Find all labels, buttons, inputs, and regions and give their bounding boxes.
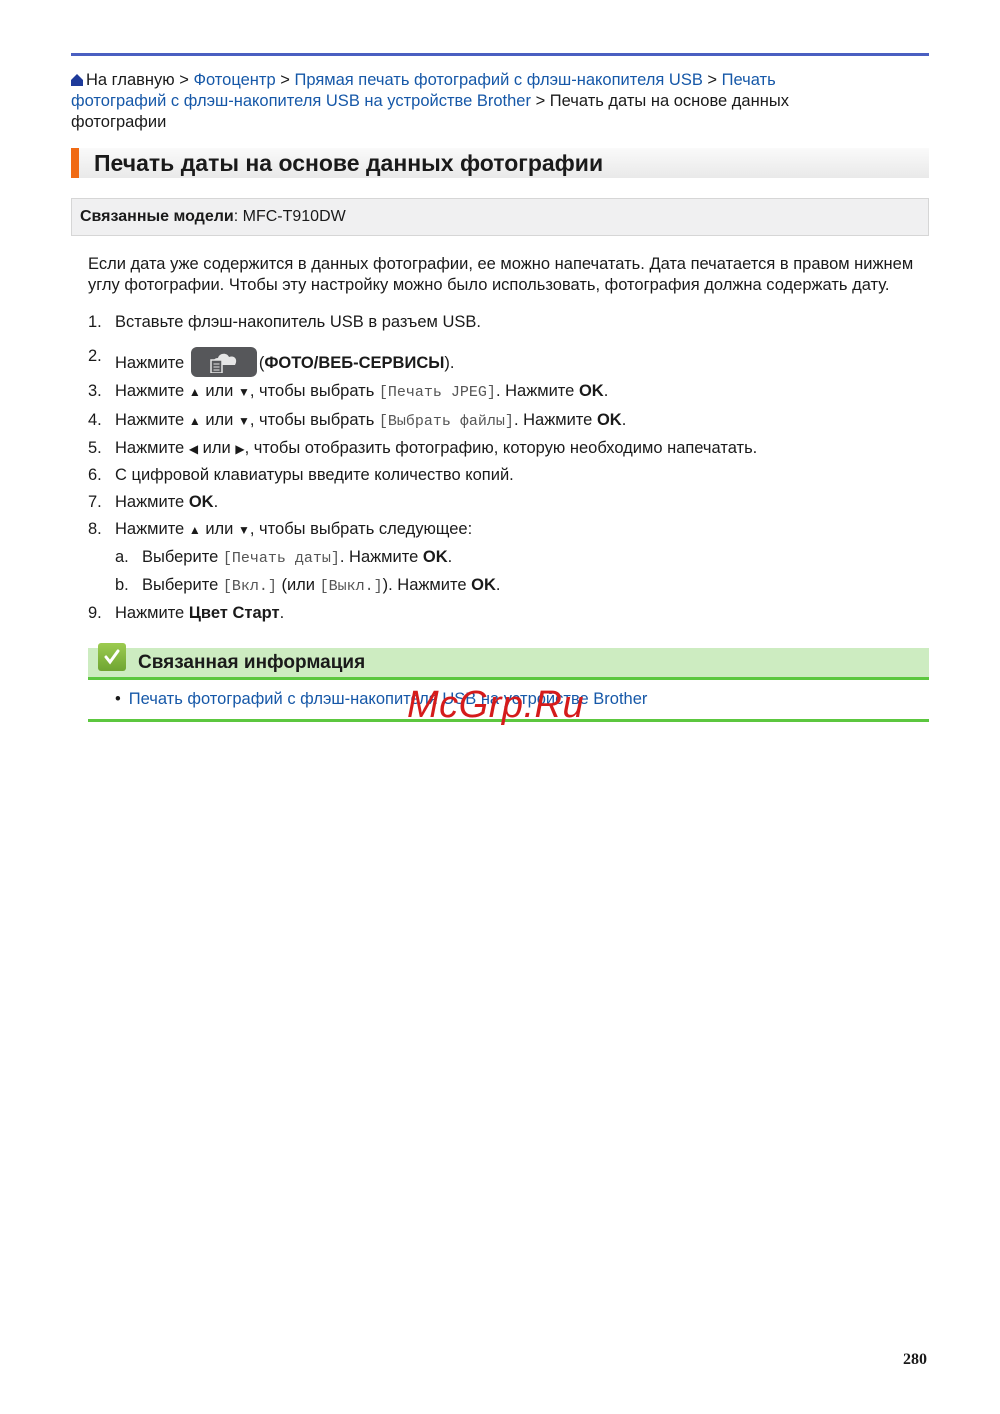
related-info-title: Связанная информация	[138, 651, 365, 675]
breadcrumb: На главную > Фотоцентр > Прямая печать ф…	[71, 70, 871, 133]
right-arrow-icon: ▶	[235, 442, 244, 456]
page-title: Печать даты на основе данных фотографии	[94, 149, 603, 177]
checkmark-icon	[98, 643, 126, 671]
models-value: : MFC-T910DW	[234, 208, 346, 225]
watermark: McGrp.Ru	[407, 684, 584, 727]
home-icon[interactable]	[71, 74, 83, 86]
related-models-box: Связанные модели: MFC-T910DW	[71, 198, 929, 236]
intro-paragraph: Если дата уже содержится в данных фотогр…	[88, 254, 933, 295]
up-arrow-icon: ▲	[189, 385, 201, 399]
breadcrumb-link-photocenter[interactable]: Фотоцентр	[193, 71, 275, 89]
top-rule	[71, 53, 929, 56]
left-arrow-icon: ◀	[189, 442, 198, 456]
down-arrow-icon: ▼	[238, 414, 250, 428]
up-arrow-icon: ▲	[189, 414, 201, 428]
down-arrow-icon: ▼	[238, 385, 250, 399]
breadcrumb-link-direct-print[interactable]: Прямая печать фотографий с флэш-накопите…	[294, 71, 702, 89]
page-title-bar: Печать даты на основе данных фотографии	[71, 148, 929, 178]
down-arrow-icon: ▼	[238, 523, 250, 537]
page-number: 280	[903, 1351, 927, 1369]
related-info-top-rule	[88, 677, 929, 680]
up-arrow-icon: ▲	[189, 523, 201, 537]
photo-web-services-button-icon	[191, 347, 257, 377]
breadcrumb-home[interactable]: На главную	[86, 71, 175, 89]
related-info-header: Связанная информация	[88, 648, 929, 678]
models-label: Связанные модели	[80, 208, 234, 225]
title-accent	[71, 148, 79, 178]
